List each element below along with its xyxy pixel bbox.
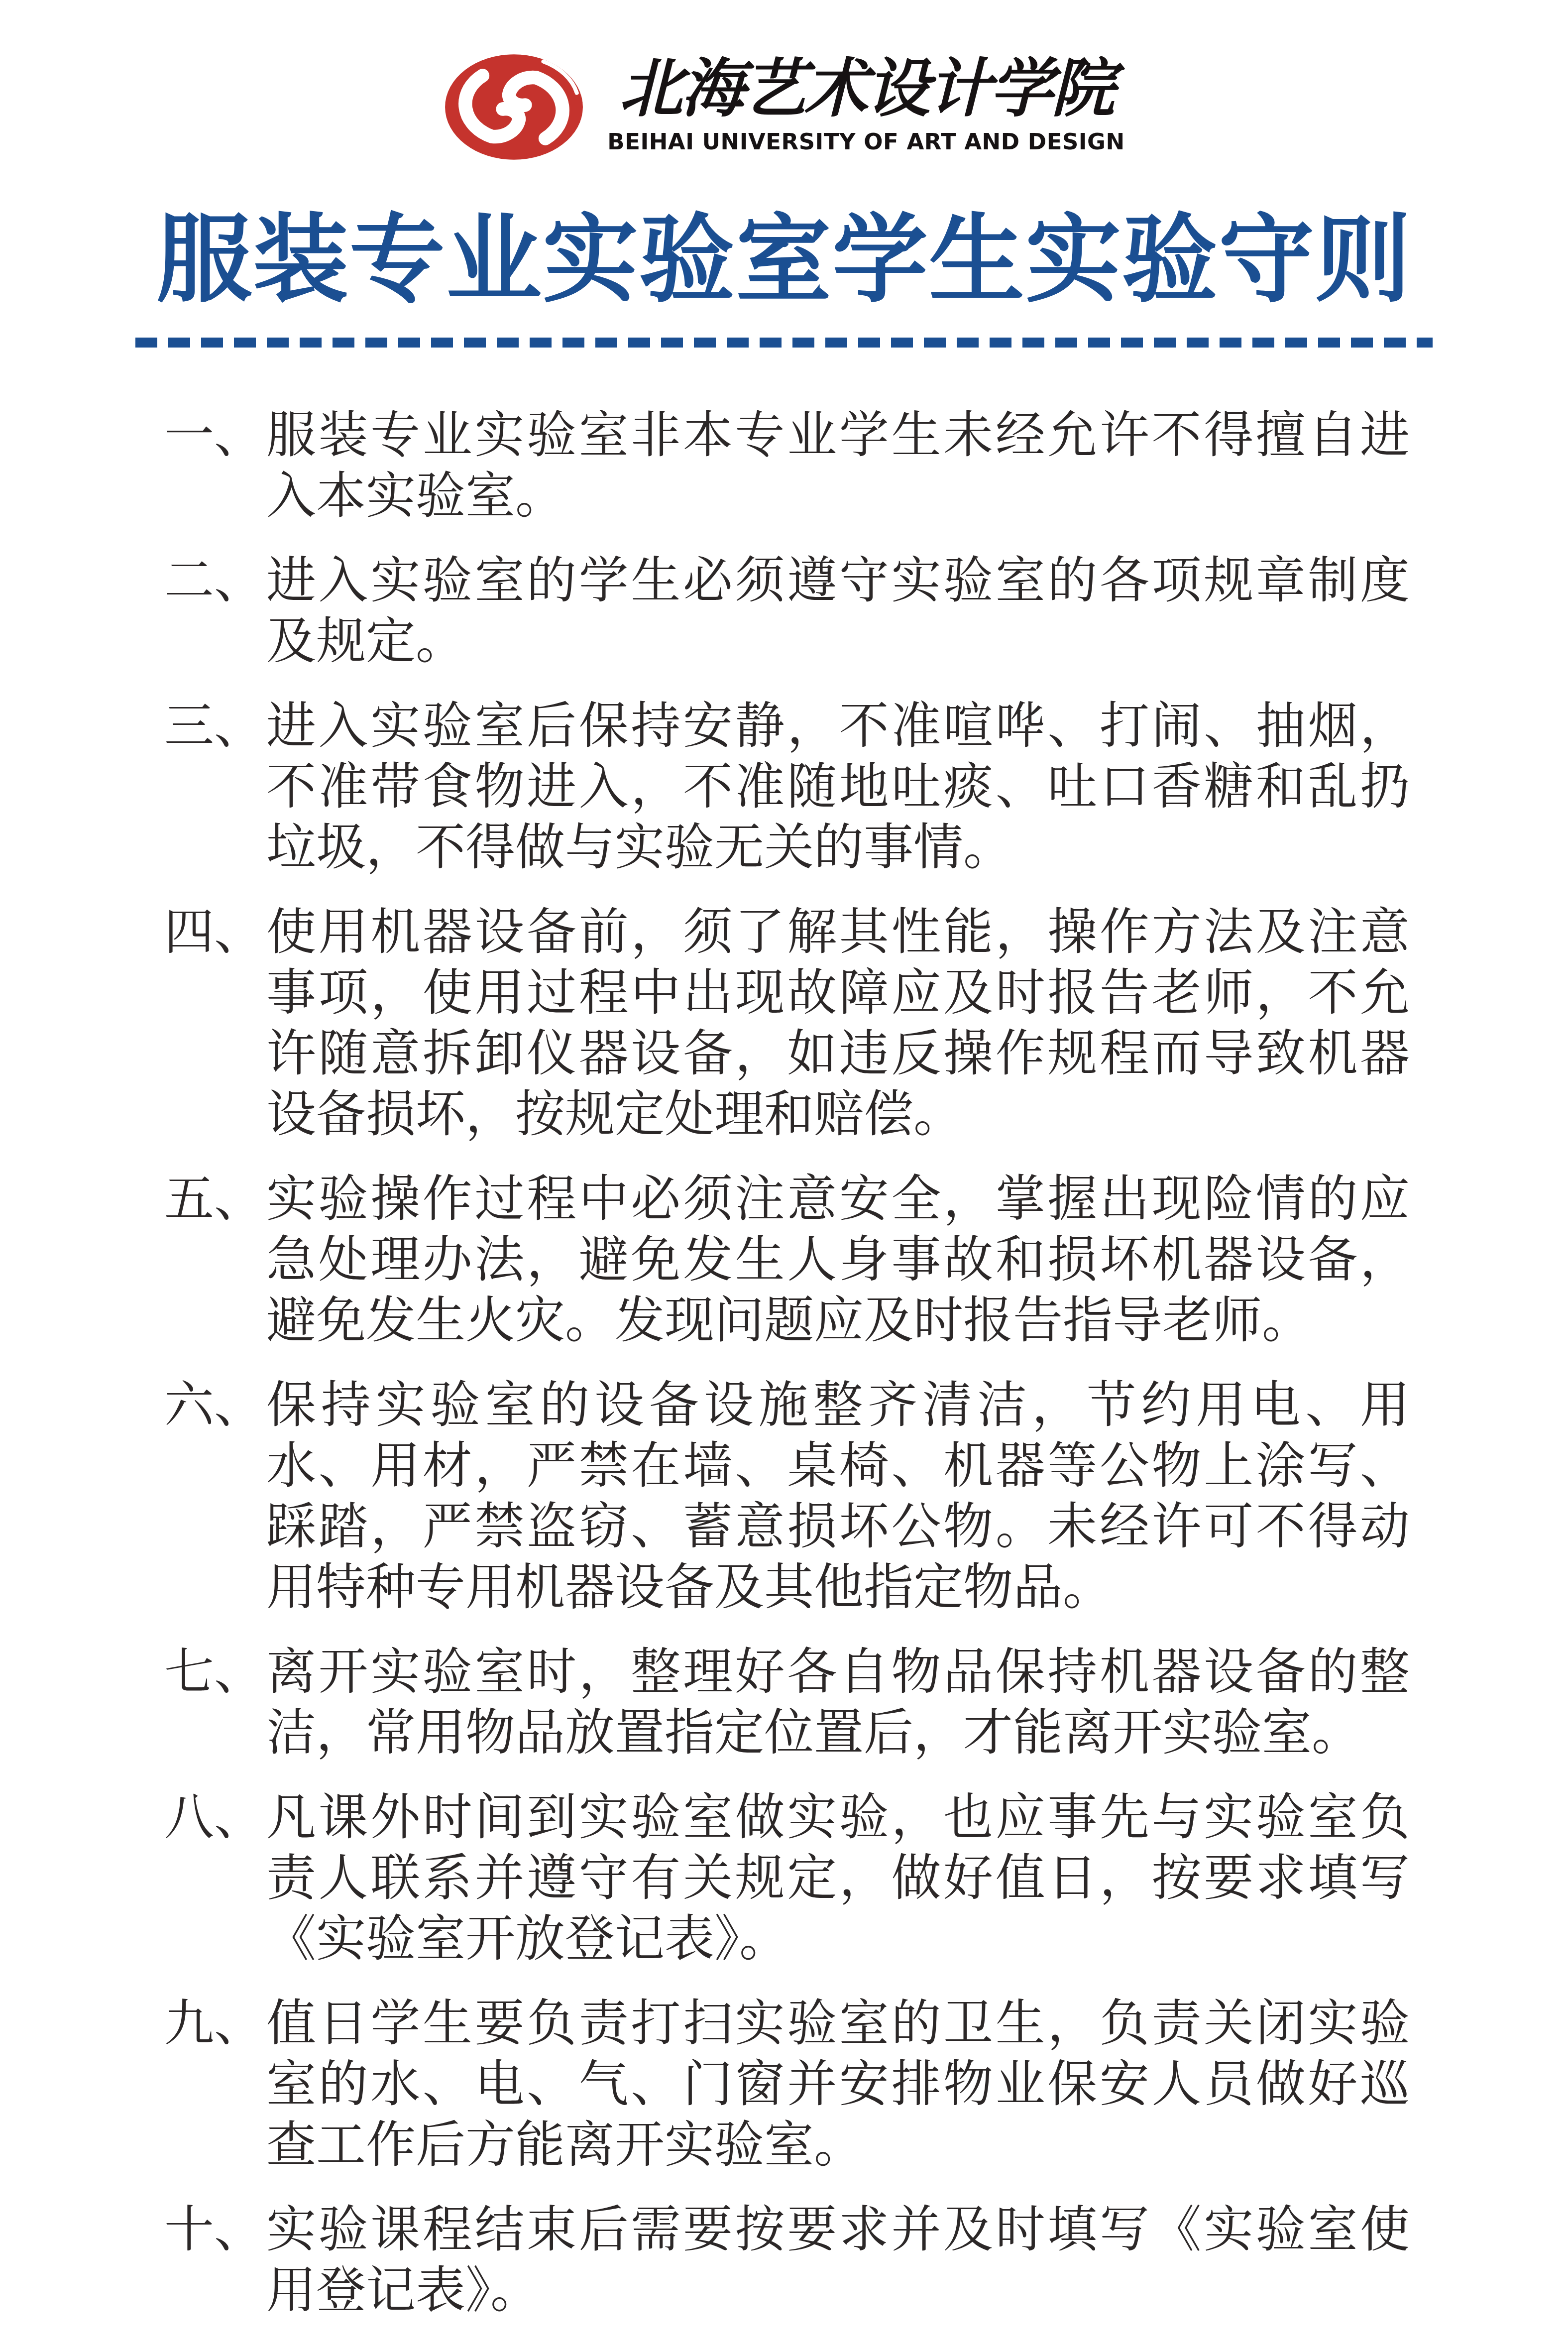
rule-text: 凡课外时间到实验室做实验，也应事先与实验室负责人联系并遵守有关规定，做好值日，按…: [266, 1787, 1410, 1969]
university-name-cn: 北海艺术设计学院: [619, 52, 1113, 125]
rule-text: 进入实验室后保持安静，不准喧哗、打闹、抽烟，不准带食物进入，不准随地吐痰、吐口香…: [266, 696, 1410, 878]
rule-text: 实验操作过程中必须注意安全，掌握出现险情的应急处理办法，避免发生人身事故和损坏机…: [266, 1169, 1410, 1351]
rule-number: 十、: [164, 2199, 266, 2260]
document-page: 北海艺术设计学院 BEIHAI UNIVERSITY OF ART AND DE…: [0, 0, 1568, 2352]
rule-item-3: 三、 进入实验室后保持安静，不准喧哗、打闹、抽烟，不准带食物进入，不准随地吐痰、…: [164, 696, 1410, 878]
university-name-en: BEIHAI UNIVERSITY OF ART AND DESIGN: [607, 128, 1124, 155]
university-logo: 北海艺术设计学院 BEIHAI UNIVERSITY OF ART AND DE…: [0, 0, 1568, 162]
rule-item-1: 一、 服装专业实验室非本专业学生未经允许不得擅自进入本实验室。: [164, 405, 1410, 526]
university-swirl-logo-icon: [443, 52, 585, 162]
rule-text: 离开实验室时，整理好各自物品保持机器设备的整洁，常用物品放置指定位置后，才能离开…: [266, 1642, 1410, 1763]
rule-item-2: 二、 进入实验室的学生必须遵守实验室的各项规章制度及规定。: [164, 550, 1410, 672]
rule-item-4: 四、 使用机器设备前，须了解其性能，操作方法及注意事项，使用过程中出现故障应及时…: [164, 902, 1410, 1145]
rule-text: 值日学生要负责打扫实验室的卫生，负责关闭实验室的水、电、气、门窗并安排物业保安人…: [266, 1993, 1410, 2175]
rule-text: 使用机器设备前，须了解其性能，操作方法及注意事项，使用过程中出现故障应及时报告老…: [266, 902, 1410, 1145]
rule-number: 七、: [164, 1642, 266, 1702]
dashed-divider: [135, 338, 1433, 348]
university-name-block: 北海艺术设计学院 BEIHAI UNIVERSITY OF ART AND DE…: [607, 52, 1124, 155]
rule-item-5: 五、 实验操作过程中必须注意安全，掌握出现险情的应急处理办法，避免发生人身事故和…: [164, 1169, 1410, 1351]
rule-text: 进入实验室的学生必须遵守实验室的各项规章制度及规定。: [266, 550, 1410, 672]
rule-number: 九、: [164, 1993, 266, 2054]
rule-text: 服装专业实验室非本专业学生未经允许不得擅自进入本实验室。: [266, 405, 1410, 526]
rule-item-6: 六、 保持实验室的设备设施整齐清洁，节约用电、用水、用材，严禁在墙、桌椅、机器等…: [164, 1375, 1410, 1618]
page-title: 服装专业实验室学生实验守则: [0, 208, 1568, 313]
rule-item-7: 七、 离开实验室时，整理好各自物品保持机器设备的整洁，常用物品放置指定位置后，才…: [164, 1642, 1410, 1763]
rule-number: 三、: [164, 696, 266, 756]
rule-number: 五、: [164, 1169, 266, 1229]
rule-number: 八、: [164, 1787, 266, 1848]
rule-number: 四、: [164, 902, 266, 962]
rules-list: 一、 服装专业实验室非本专业学生未经允许不得擅自进入本实验室。 二、 进入实验室…: [0, 405, 1568, 2321]
rule-number: 六、: [164, 1375, 266, 1435]
rule-text: 实验课程结束后需要按要求并及时填写《实验室使用登记表》。: [266, 2199, 1410, 2321]
rule-number: 一、: [164, 405, 266, 466]
rule-number: 二、: [164, 550, 266, 611]
rule-item-8: 八、 凡课外时间到实验室做实验，也应事先与实验室负责人联系并遵守有关规定，做好值…: [164, 1787, 1410, 1969]
rule-item-9: 九、 值日学生要负责打扫实验室的卫生，负责关闭实验室的水、电、气、门窗并安排物业…: [164, 1993, 1410, 2175]
rule-item-10: 十、 实验课程结束后需要按要求并及时填写《实验室使用登记表》。: [164, 2199, 1410, 2321]
rule-text: 保持实验室的设备设施整齐清洁，节约用电、用水、用材，严禁在墙、桌椅、机器等公物上…: [266, 1375, 1410, 1618]
